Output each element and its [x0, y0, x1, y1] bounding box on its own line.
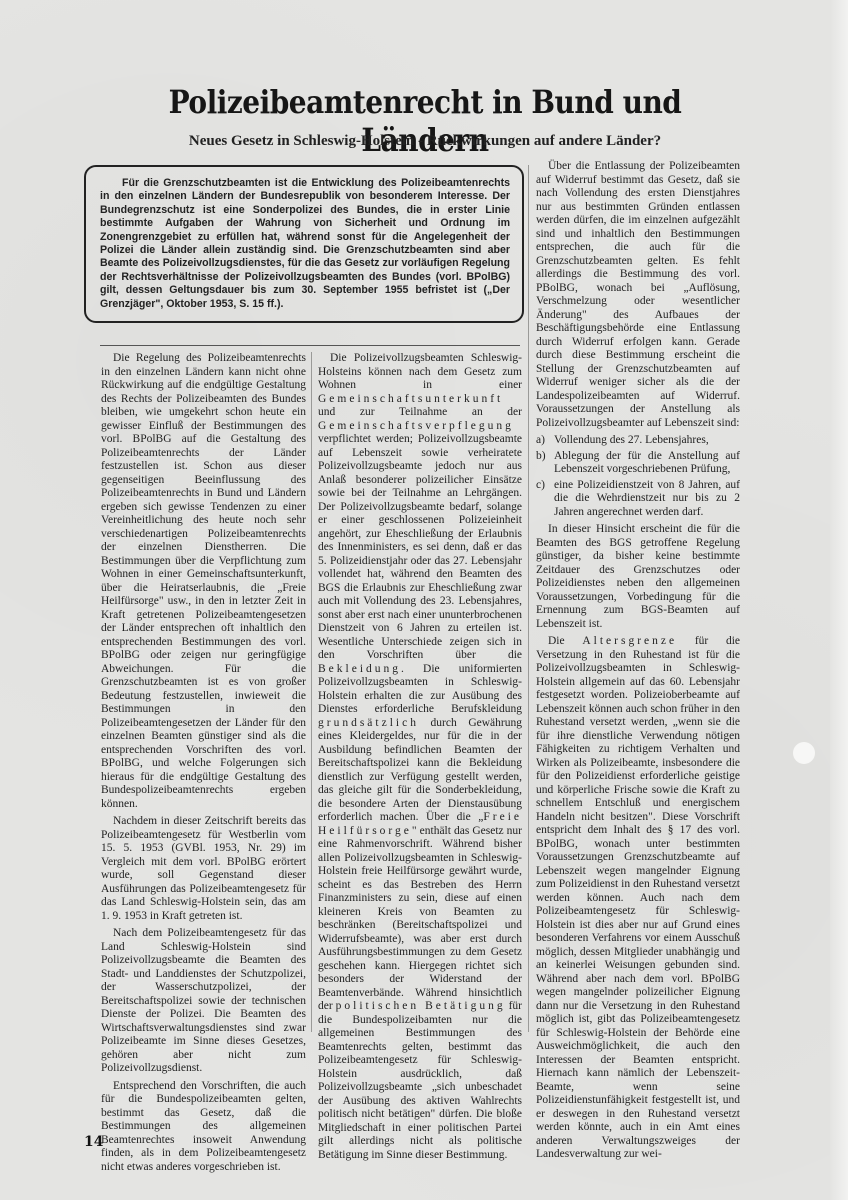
text-run: verpflichtet werden; Polizeivollzugsbeam…	[318, 433, 522, 661]
text-run: durch Gewährung eines Kleidergeldes, nur…	[318, 717, 522, 824]
list-item-text: eine Polizeidienstzeit von 8 Jahren, auf…	[554, 479, 740, 518]
requirements-list: a)Vollendung des 27. Lebensjahres, b)Abl…	[536, 434, 740, 519]
text-run: für die Versetzung in den Ruhestand ist …	[536, 635, 740, 1160]
list-item: b)Ablegung der für die Anstellung auf Le…	[536, 450, 740, 477]
article-subtitle: Neues Gesetz in Schleswig-Holstein - Rüc…	[110, 133, 740, 150]
emphasis-spaced: Gemeinschaftsverpflegung	[318, 420, 514, 432]
divider-horizontal	[100, 345, 520, 346]
emphasis-spaced: Bekleidung	[318, 663, 401, 675]
list-marker: a)	[536, 434, 545, 448]
column-divider-2	[528, 165, 529, 1032]
column-divider-1	[311, 352, 312, 1032]
column-3: Über die Entlassung der Polizeibeamten a…	[536, 160, 740, 1166]
paragraph: Die Altersgrenze für die Versetzung in d…	[536, 635, 740, 1162]
paragraph: Nach dem Polizeibeamtengesetz für das La…	[101, 927, 306, 1076]
list-item: c)eine Polizeidienstzeit von 8 Jahren, a…	[536, 479, 740, 520]
list-marker: b)	[536, 450, 546, 464]
column-1: Die Regelung des Polizeibeamtenrechts in…	[101, 352, 306, 1178]
intro-box: Für die Grenzschutzbeamten ist die Entwi…	[84, 165, 524, 323]
emphasis-spaced: Altersgrenze	[582, 635, 677, 647]
emphasis-spaced: Gemeinschaftsunterkunft	[318, 393, 503, 405]
list-item: a)Vollendung des 27. Lebensjahres,	[536, 434, 740, 448]
text-run: " enthält das Gesetz nur eine Rahmenvors…	[318, 825, 522, 1013]
paragraph: Nachdem in dieser Zeitschrift bereits da…	[101, 815, 306, 923]
paragraph: Die Polizeivollzugsbeamten Schleswig-Hol…	[318, 352, 522, 1162]
emphasis-spaced: grundsätzlich	[318, 717, 419, 729]
intro-text: Für die Grenzschutzbeamten ist die Entwi…	[100, 177, 510, 311]
paragraph: Die Regelung des Polizeibeamtenrechts in…	[101, 352, 306, 811]
list-item-text: Vollendung des 27. Lebensjahres,	[554, 434, 709, 446]
text-run: und zur Teilnahme an der	[318, 406, 522, 418]
page-number: 14	[84, 1134, 103, 1150]
document-page: Polizeibeamtenrecht in Bund und Ländern …	[0, 0, 848, 1200]
list-item-text: Ablegung der für die Anstellung auf Lebe…	[554, 450, 740, 476]
paragraph: In dieser Hinsicht erscheint die für die…	[536, 523, 740, 631]
punch-hole	[793, 742, 815, 764]
paragraph: Über die Entlassung der Polizeibeamten a…	[536, 160, 740, 430]
column-2: Die Polizeivollzugsbeamten Schleswig-Hol…	[318, 352, 522, 1166]
text-run: Die	[548, 635, 582, 647]
text-run: für die Bundespolizeibamten nur die allg…	[318, 1000, 522, 1161]
page-edge	[830, 0, 848, 1200]
emphasis-spaced: politischen Betätigung	[336, 1000, 506, 1012]
text-run: Die Polizeivollzugsbeamten Schleswig-Hol…	[318, 352, 522, 391]
list-marker: c)	[536, 479, 545, 493]
paragraph: Entsprechend den Vorschriften, die auch …	[101, 1080, 306, 1175]
